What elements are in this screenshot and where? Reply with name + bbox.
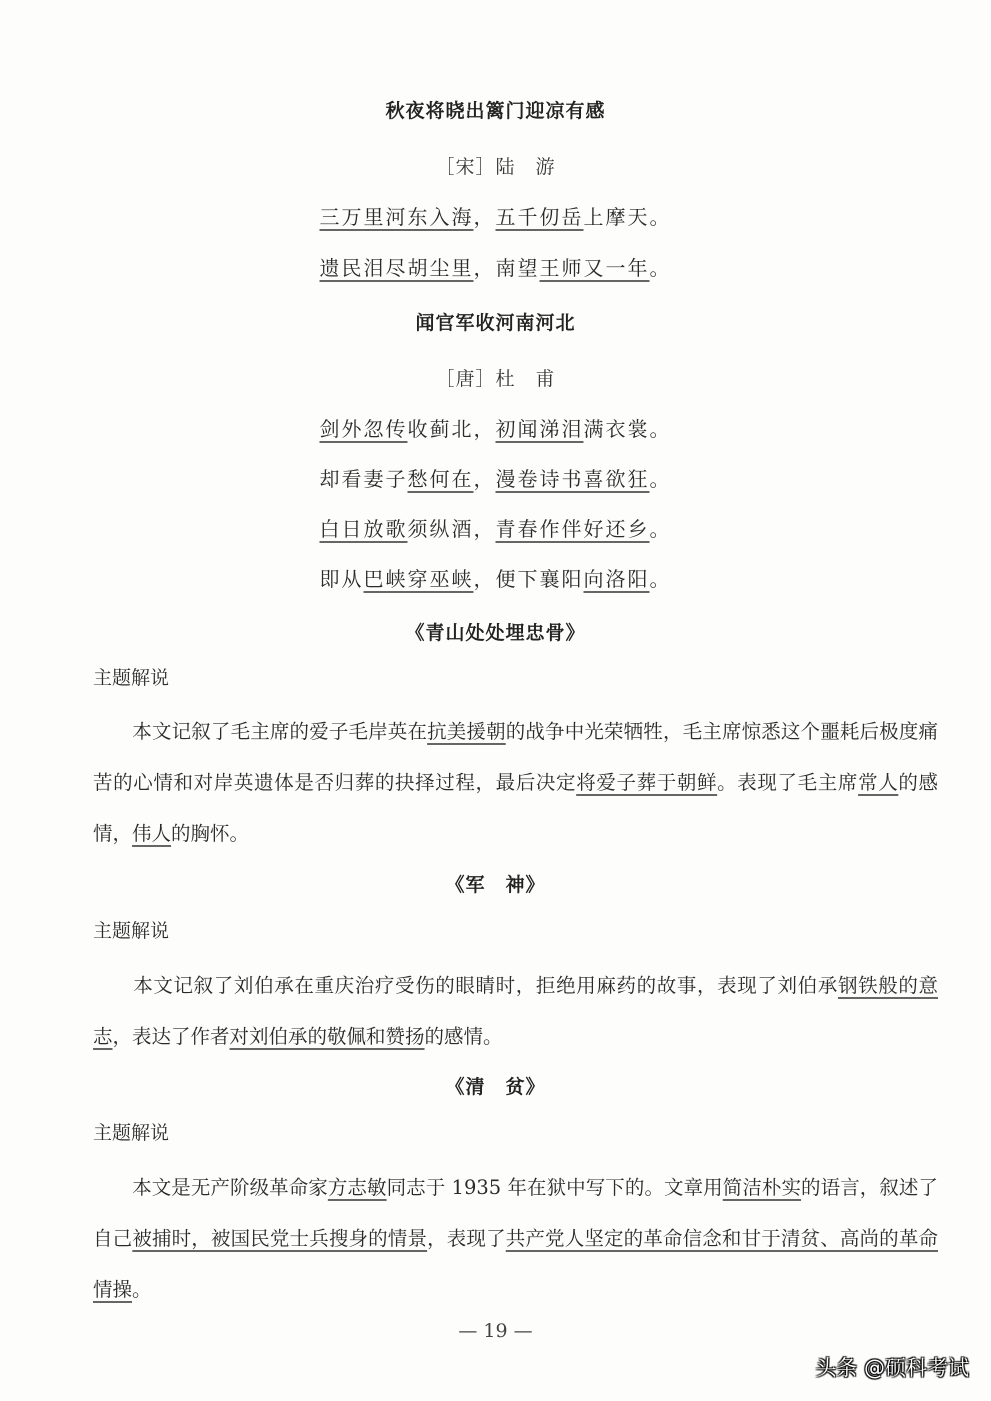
underlined-text: 初闻涕泪 (496, 417, 584, 441)
text-segment: 。 (650, 256, 672, 280)
section-1-title: 《青山处处埋忠骨》 (0, 618, 991, 645)
section-1-label: 主题解说 (93, 663, 169, 690)
text-segment: ， (474, 205, 496, 229)
text-segment: 。 (132, 1278, 152, 1301)
text-segment: 的感情。 (425, 1025, 503, 1048)
text-segment: 的胸怀。 (171, 822, 249, 845)
text-segment: 。 (650, 517, 672, 541)
underlined-text: 漫卷诗书喜欲狂 (496, 467, 650, 491)
text-segment: 本文是无产阶级革命家 (93, 1176, 328, 1199)
underlined-text: 常人 (858, 771, 898, 794)
poem1-title: 秋夜将晓出篱门迎凉有感 (0, 96, 991, 123)
underlined-text: 愁何在 (408, 467, 474, 491)
text-segment: 。 (650, 467, 672, 491)
page-number: — 19 — (0, 1320, 991, 1342)
text-segment: ， (474, 467, 496, 491)
text-segment: 本文记叙了刘伯承在重庆治疗受伤的眼睛时，拒绝用麻药的故事，表现了刘伯承 (93, 974, 838, 997)
text-segment: 。 (650, 567, 672, 591)
underlined-text: 王师又一年 (540, 256, 650, 280)
text-segment: 即从 (320, 567, 364, 591)
underlined-text: 三万里河东入海 (320, 205, 474, 229)
underlined-text: 剑外忽传 (320, 417, 408, 441)
text-segment: ，表达了作者 (113, 1025, 230, 1048)
poem2-line-4: 即从巴峡穿巫峡，便下襄阳向洛阳。 (0, 563, 991, 592)
underlined-text: 向洛阳 (584, 567, 650, 591)
watermark: 头条 @硕科考试 (815, 1352, 969, 1382)
poem2-title: 闻官军收河南河北 (0, 308, 991, 335)
underlined-text: 巴峡穿巫峡 (364, 567, 474, 591)
text-segment: 却看妻子 (320, 467, 408, 491)
poem2-line-3: 白日放歌须纵酒，青春作伴好还乡。 (0, 513, 991, 542)
poem2-line-1: 剑外忽传收蓟北，初闻涕泪满衣裳。 (0, 413, 991, 442)
text-segment: 。表现了毛主席 (717, 771, 858, 794)
underlined-text: 遗民泪尽胡尘里 (320, 256, 474, 280)
poem1-line-2: 遗民泪尽胡尘里，南望王师又一年。 (0, 252, 991, 281)
text-segment: 满衣裳。 (584, 417, 672, 441)
text-segment: 本文记叙了毛主席的爱子毛岸英在 (93, 720, 427, 743)
underlined-text: 对刘伯承的敬佩和赞扬 (230, 1025, 425, 1048)
section-2-title: 《军 神》 (0, 870, 991, 897)
poem2-author: ［唐］杜 甫 (0, 364, 991, 391)
underlined-text: 五千仞岳 (496, 205, 584, 229)
underlined-text: 简洁朴实 (723, 1176, 801, 1199)
section-3-paragraph: 本文是无产阶级革命家方志敏同志于 1935 年在狱中写下的。文章用简洁朴实的语言… (93, 1162, 938, 1315)
underlined-text: 白日放歌 (320, 517, 408, 541)
section-1-paragraph: 本文记叙了毛主席的爱子毛岸英在抗美援朝的战争中光荣牺牲，毛主席惊悉这个噩耗后极度… (93, 706, 938, 859)
underlined-text: 将爱子葬于朝鲜 (576, 771, 717, 794)
underlined-text: 被捕时，被国民党士兵搜身的情景 (132, 1227, 427, 1250)
section-2-label: 主题解说 (93, 916, 169, 943)
text-segment: ，便下襄阳 (474, 567, 584, 591)
text-segment: 须纵酒， (408, 517, 496, 541)
section-3-title: 《清 贫》 (0, 1072, 991, 1099)
section-2-paragraph: 本文记叙了刘伯承在重庆治疗受伤的眼睛时，拒绝用麻药的故事，表现了刘伯承钢铁般的意… (93, 960, 938, 1062)
poem2-line-2: 却看妻子愁何在，漫卷诗书喜欲狂。 (0, 463, 991, 492)
text-segment: ，南望 (474, 256, 540, 280)
text-segment: 收蓟北， (408, 417, 496, 441)
section-3-label: 主题解说 (93, 1118, 169, 1145)
text-segment: 同志于 1935 年在狱中写下的。文章用 (387, 1176, 723, 1199)
poem1-line-1: 三万里河东入海，五千仞岳上摩天。 (0, 201, 991, 230)
text-segment: 上摩天。 (584, 205, 672, 229)
underlined-text: 伟人 (132, 822, 171, 845)
underlined-text: 青春作伴好还乡 (496, 517, 650, 541)
underlined-text: 抗美援朝 (427, 720, 506, 743)
underlined-text: 方志敏 (328, 1176, 387, 1199)
poem1-author: ［宋］陆 游 (0, 152, 991, 179)
text-segment: ，表现了 (427, 1227, 506, 1250)
